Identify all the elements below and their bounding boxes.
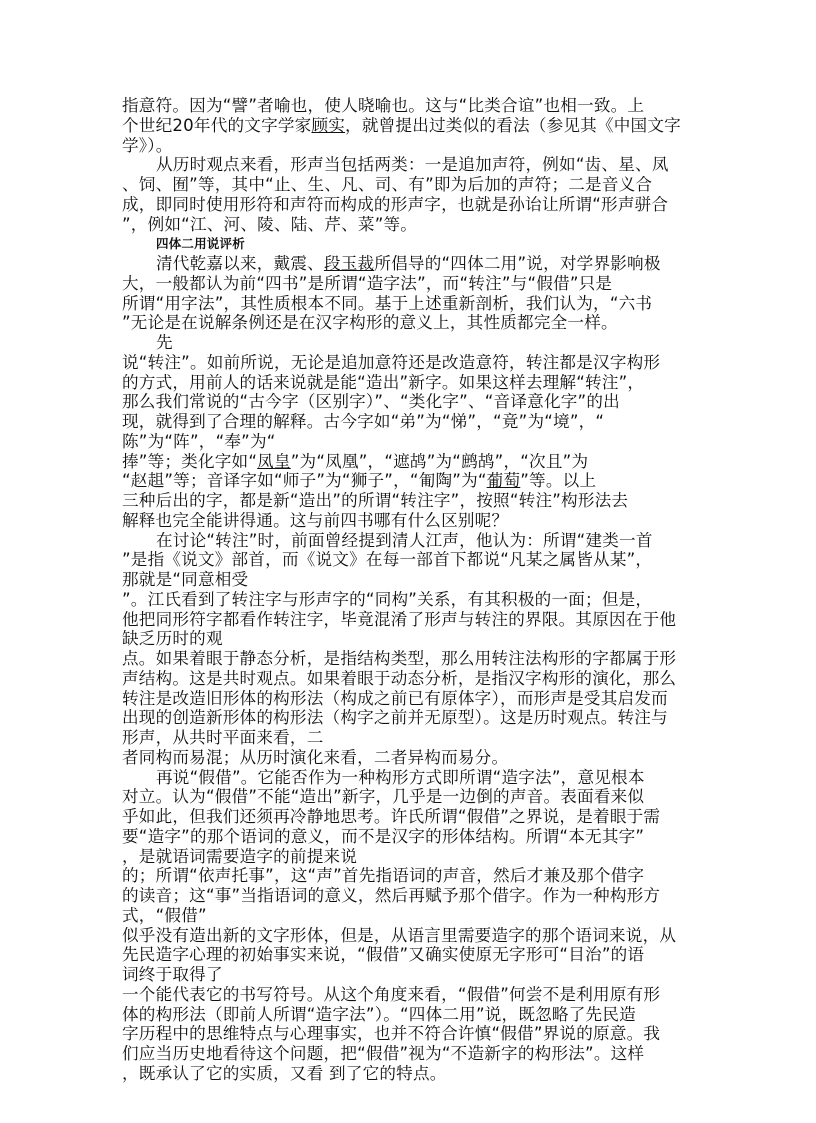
text-line: ”是指《说文》部首，而《说文》在每一部首下都说“凡某之属皆从某”，: [122, 550, 706, 570]
text-line: 成，即同时使用形符和声符而构成的形声字，也就是孙诒让所谓“形声骈合: [122, 195, 706, 215]
text-line: ，是就语词需要造字的前提来说: [122, 847, 706, 867]
text-line: 再说“假借”。它能否作为一种构形方式即所谓“造字法”，意见根本: [122, 768, 706, 788]
text-line: 体的构形法（即前人所谓“造字法”）。“四体二用”说，既忽略了先民造: [122, 1005, 706, 1025]
text-line: 声结构。这是共时观点。如果着眼于动态分析，是指汉字构形的演化，那么: [122, 669, 706, 689]
text-segment: 捧”等；类化字如“: [122, 452, 257, 471]
text-line: 点。如果着眼于静态分析，是指结构类型，那么用转注法构形的字都属于形: [122, 649, 706, 669]
text-line: 解释也完全能讲得通。这与前四书哪有什么区别呢？: [122, 511, 706, 531]
text-line: 那么我们常说的“古今字（区别字）”、“类化字”、“音译意化字”的出: [122, 392, 706, 412]
text-line: 指意符。因为“譬”者喻也，使人晓喻也。这与“比类合谊”也相一致。上: [122, 96, 706, 116]
text-line: 缺乏历时的观: [122, 629, 706, 649]
text-line: ”无论是在说解条例还是在汉字构形的意义上，其性质都完全一样。: [122, 313, 706, 333]
text-line: 他把同形符字都看作转注字，毕竟混淆了形声与转注的界限。其原因在于他: [122, 610, 706, 630]
text-line: 那就是“同意相受: [122, 570, 706, 590]
text-segment: “赵趄”等；音译字如“师子”为“狮子”，“匍陶”为“: [122, 471, 487, 490]
text-segment: 个世纪20年代的文字学家: [122, 116, 311, 135]
text-line: 从历时观点来看，形声当包括两类：一是追加声符，例如“齿、星、凤: [122, 155, 706, 175]
hyperlink-text[interactable]: 段玉裁: [324, 254, 374, 273]
text-line: 似乎没有造出新的文字形体，但是，从语言里需要造字的那个语词来说，从: [122, 926, 706, 946]
text-line: ”，例如“江、河、陵、陆、芹、菜”等。: [122, 215, 706, 235]
text-line: 大，一般都认为前“四书”是所谓“造字法”，而“转注”与“假借”只是: [122, 274, 706, 294]
hyperlink-text[interactable]: 葡萄: [487, 471, 521, 490]
text-line: 们应当历史地看待这个问题，把“假借”视为“不造新字的构形法”。这样: [122, 1044, 706, 1064]
text-segment: ”等。以上: [520, 471, 596, 490]
text-line: 先民造字心理的初始事实来说，“假借”又确实使原无字形可“目治”的语: [122, 945, 706, 965]
text-line: 乎如此，但我们还须再冷静地思考。许氏所谓“假借”之界说，是着眼于需: [122, 807, 706, 827]
text-line: 对立。认为“假借”不能“造出”新字，几乎是一边倒的声音。表面看来似: [122, 787, 706, 807]
text-line: 所谓“用字法”，其性质根本不同。基于上述重新剖析，我们认为，“六书: [122, 294, 706, 314]
text-line: 个世纪20年代的文字学家顾实，就曾提出过类似的看法（参见其《中国文字: [122, 116, 706, 136]
text-line: 字历程中的思维特点与心理事实，也并不符合许慎“假借”界说的原意。我: [122, 1024, 706, 1044]
text-line: 要“造字”的那个语词的意义，而不是汉字的形体结构。所谓“本无其字”: [122, 827, 706, 847]
text-line: 先: [122, 333, 706, 353]
text-line: 说“转注”。如前所说，无论是追加意符还是改造意符，转注都是汉字构形: [122, 353, 706, 373]
hyperlink-text[interactable]: 凤皇: [257, 452, 291, 471]
text-line: 现，就得到了合理的解释。古今字如“弟”为“悌”，“竟”为“境”，“: [122, 412, 706, 432]
hyperlink-text[interactable]: 顾实: [311, 116, 345, 135]
text-line: 在讨论“转注”时，前面曾经提到清人江声，他认为：所谓“建类一首: [122, 531, 706, 551]
text-line: 的读音；这“事”当指语词的意义，然后再赋予那个借字。作为一种构形方: [122, 886, 706, 906]
text-line: ，既承认了它的实质，又看 到了它的特点。: [122, 1064, 706, 1084]
text-line: 的方式，用前人的话来说就是能“造出”新字。如果这样去理解“转注”，: [122, 373, 706, 393]
text-line: 三种后出的字，都是新“造出”的所谓“转注字”，按照“转注”构形法去: [122, 491, 706, 511]
text-segment: ”为“凤凰”，“遮鸪”为“鹧鸪”，“次且”为: [291, 452, 589, 471]
text-segment: 所倡导的“四体二用”说，对学界影响极: [374, 254, 660, 273]
text-line: 转注是改造旧形体的构形法（构成之前已有原体字），而形声是受其启发而: [122, 689, 706, 709]
document-page: 指意符。因为“譬”者喻也，使人晓喻也。这与“比类合谊”也相一致。上个世纪20年代…: [122, 96, 706, 1084]
text-line: 式，“假借”: [122, 906, 706, 926]
text-line: 者同构而易混；从历时演化来看，二者异构而易分。: [122, 748, 706, 768]
text-line: 捧”等；类化字如“凤皇”为“凤凰”，“遮鸪”为“鹧鸪”，“次且”为: [122, 452, 706, 472]
text-line: ”。江氏看到了转注字与形声字的“同构”关系，有其积极的一面；但是，: [122, 590, 706, 610]
section-heading: 四体二用说评析: [122, 234, 706, 254]
text-line: 出现的创造新形体的构形法（构字之前并无原型）。这是历时观点。转注与: [122, 708, 706, 728]
text-line: “赵趄”等；音译字如“师子”为“狮子”，“匍陶”为“葡萄”等。以上: [122, 471, 706, 491]
text-segment: 清代乾嘉以来，戴震、: [156, 254, 324, 273]
text-line: 陈”为“阵”，“奉”为“: [122, 432, 706, 452]
text-line: 的；所谓“依声托事”，这“声”首先指语词的声音，然后才兼及那个借字: [122, 866, 706, 886]
text-line: 形声，从共时平面来看，二: [122, 728, 706, 748]
text-line: 、饲、囿”等，其中“止、生、凡、司、有”即为后加的声符；二是音义合: [122, 175, 706, 195]
text-line: 清代乾嘉以来，戴震、段玉裁所倡导的“四体二用”说，对学界影响极: [122, 254, 706, 274]
text-line: 学》）。: [122, 136, 706, 156]
text-segment: ，就曾提出过类似的看法（参见其《中国文字: [345, 116, 681, 135]
text-line: 词终于取得了: [122, 965, 706, 985]
text-line: 一个能代表它的书写符号。从这个角度来看，“假借”何尝不是利用原有形: [122, 985, 706, 1005]
